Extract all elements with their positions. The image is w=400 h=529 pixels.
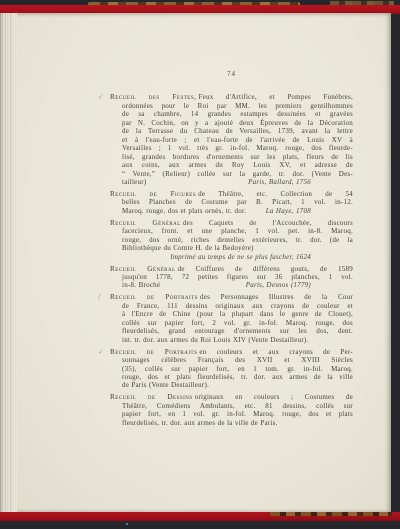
entry-line: tailleur)Paris, Ballard, 1756 [110, 178, 353, 186]
binding-red-bottom [0, 512, 400, 521]
entry-imprint: Imprimé au temps de ne se plus fascher, … [170, 253, 311, 261]
entry-line-text: Maroq. rouge, dos et plats ornés, tr. do… [122, 207, 246, 215]
scan-background: 74 ✓Recueil des Festes,Feux d'Artifice, … [0, 0, 400, 529]
entry-line: rouge, dos et plats fleurdelisés, tr. do… [110, 373, 353, 381]
catalog-entry: Recueil Généraldes Caquets de l'Accouché… [110, 219, 353, 261]
entry-line: (35), collés sur papier fort, en 1 tom. … [110, 365, 353, 373]
book-page: 74 ✓Recueil des Festes,Feux d'Artifice, … [0, 13, 391, 513]
page-content: 74 ✓Recueil des Festes,Feux d'Artifice, … [110, 70, 353, 431]
entry-line: Bibliothèque du Comte H. de la Bedoyère) [110, 244, 353, 252]
entry-line: sonnages célèbres Français des XVII et X… [110, 356, 353, 364]
entry-imprint: La Haye, 1708 [266, 207, 311, 215]
entry-line: par N. Cochin, on y a ajouté deux Épreuv… [110, 119, 353, 127]
entry-line-text: tailleur) [122, 178, 146, 186]
catalog-entry: Recueil de Dessinsoriginaux en couleurs … [110, 393, 353, 427]
pencil-checkmark: ✓ [98, 93, 104, 101]
entry-lead: Recueil de Figures [110, 190, 196, 198]
entry-line: de France, 111 dessins originaux aux cra… [110, 302, 353, 310]
catalog-entry: ∕Recueil de Portraitsdes Personnages Ill… [110, 293, 353, 344]
entry-line: Recueil de Dessinsoriginaux en couleurs … [110, 393, 353, 401]
entry-lead: Recueil des Festes, [110, 93, 196, 101]
scan-dust-speck [126, 523, 128, 525]
entry-line: int. tr. dor. aux armes du Roi Louis XIV… [110, 336, 353, 344]
entry-line: aux coins, aux armes du Roy Louis XV, et… [110, 161, 353, 169]
entry-lead: Recueil de Dessins [110, 393, 193, 401]
entry-line: “ Vente,” (Relieur) collée sur la garde,… [110, 170, 353, 178]
entry-line: Théâtre, Comédiens Ambulants, etc. 81 de… [110, 402, 353, 410]
catalog-entry: Recueil de Figuresde Théâtre, etc. Colle… [110, 190, 353, 215]
entry-line: Recueil Généraldes Caquets de l'Accouché… [110, 219, 353, 227]
entry-line: facecieux, front. et une planche, 1 vol.… [110, 227, 353, 235]
entry-lead: Recueil Général [110, 219, 181, 227]
entry-line: fleurdelisés, grand entourage d'ornement… [110, 327, 353, 335]
entry-line: de la Terrasse du Chateau de Versailles,… [110, 127, 353, 135]
entry-line-text: originaux en couleurs ; Costumes de [195, 393, 353, 401]
pencil-checkmark: ∕ [98, 293, 101, 301]
entry-line: ordonnées pour le Roi par MM. les premie… [110, 102, 353, 110]
entry-line-text: des Caquets de l'Accouchée, discours [183, 219, 353, 227]
entry-imprint-line: Imprimé au temps de ne se plus fascher, … [110, 253, 353, 261]
entry-line: à l'Encre de Chine (pour la plupart dans… [110, 310, 353, 318]
entry-line: de sa chambre, 14 grandes estampes dessi… [110, 110, 353, 118]
entry-line: rouge, dos orné, riches dentelles extéri… [110, 236, 353, 244]
entry-line: jusqu'en 1778, 72 petites figures sur 36… [110, 273, 353, 281]
entry-line: Recueil Généralde Coiffures de différens… [110, 265, 353, 273]
catalog-entries: ✓Recueil des Festes,Feux d'Artifice, et … [110, 93, 353, 427]
entry-line-text: de Théâtre, etc. Collection de 54 [198, 190, 353, 198]
entry-line-text: in-8. Broché [122, 281, 160, 289]
entry-line-text: en couleurs et aux crayons de Per- [199, 348, 353, 356]
entry-line: in-8. BrochéParis, Desnos (1779) [110, 281, 353, 289]
pencil-checkmark: ✓ [98, 348, 104, 356]
entry-line: Maroq. rouge, dos et plats ornés, tr. do… [110, 207, 353, 215]
entry-line-text: des Personnages Illustres de la Cour [200, 293, 353, 301]
entry-line: Recueil de Portraitsdes Personnages Illu… [110, 293, 353, 301]
entry-line: Versailles ; 1 vol. très gr. in-fol. Mar… [110, 144, 353, 152]
entry-lead: Recueil de Portraits [110, 293, 198, 301]
page-gutter-edges [0, 13, 17, 513]
binding-gilt-bottom [270, 512, 392, 516]
entry-line: papier fort, en 1 vol. gr. in-fol. Maroq… [110, 410, 353, 418]
entry-lead: Recueil Général [110, 265, 176, 273]
entry-lead: Recueil de Portraits [110, 348, 197, 356]
entry-line: Recueil de Portraitsen couleurs et aux c… [110, 348, 353, 356]
entry-line-text: Feux d'Artifice, et Pompes Funèbres, [198, 93, 353, 101]
catalog-entry: ✓Recueil de Portraitsen couleurs et aux … [110, 348, 353, 390]
entry-line: belles Planches de Costume par B. Picart… [110, 198, 353, 206]
entry-line: et à l'eau-forte ; et l'eau-forte de l'a… [110, 136, 353, 144]
entry-imprint: Paris, Ballard, 1756 [248, 178, 311, 186]
entry-imprint: Paris, Desnos (1779) [246, 281, 311, 289]
catalog-entry: Recueil Généralde Coiffures de différens… [110, 265, 353, 290]
catalog-entry: ✓Recueil des Festes,Feux d'Artifice, et … [110, 93, 353, 186]
entry-line-text: de Coiffures de différens gouts, de 1589 [178, 265, 353, 273]
entry-line: fleurdelisés, tr. dor. aux armes de la v… [110, 419, 353, 427]
entry-line: Recueil de Figuresde Théâtre, etc. Colle… [110, 190, 353, 198]
entry-line: de Paris (Vente Destailleur). [110, 381, 353, 389]
entry-line: Recueil des Festes,Feux d'Artifice, et P… [110, 93, 353, 101]
entry-line: lisé, grandes bordures d'ornements sur l… [110, 153, 353, 161]
entry-line: collés sur papier fort, 2 vol. gr. in-fo… [110, 319, 353, 327]
page-number: 74 [110, 70, 353, 78]
